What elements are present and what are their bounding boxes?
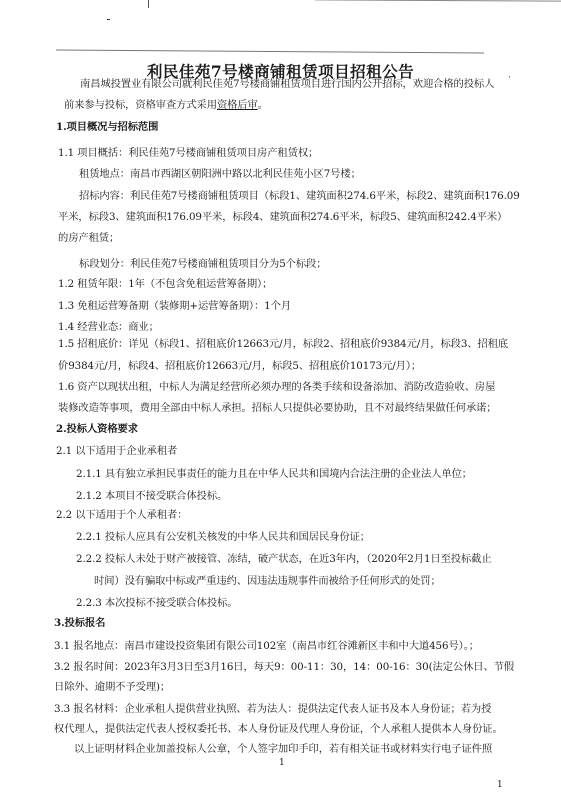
item-2-2-2-line-1: 2.2.2 投标人未处于财产被接管、冻结，破产状态，在近3年内，（2020年2月… [76,553,492,566]
tender-content-line-2: 平米，标段3、建筑面积176.09平米，标段4、建筑面积274.6平米，标段5、… [58,211,507,224]
intro-period: 。 [258,99,268,111]
item-3-1: 3.1 报名地点：南昌市建设投资集团有限公司102室（南昌市红谷滩新区丰和中大道… [54,640,479,653]
section-3-heading: 3.投标报名 [54,617,105,630]
item-2-1: 2.1 以下适用于企业承租者 [56,445,177,458]
item-1-6-line-2: 装修改造等事项，费用全部由中标人承担。招标人只提供必要协助，且不对最终结果做任何… [58,402,496,415]
lot-division: 标段划分：利民佳苑7号楼商铺租赁项目分为5个标段； [79,258,326,271]
scan-mark [148,0,149,8]
section-2-heading: 2.投标人资格要求 [56,423,138,436]
item-1-6-line-1: 1.6 资产以现状出租，中标人为满足经营所必须办理的各类手续和设备添加、消防改造… [58,381,495,394]
lease-location: 租赁地点：南昌市西湖区朝阳洲中路以北利民佳苑小区7号楼； [79,168,361,181]
item-1-5-line-1: 1.5 招租底价：详见（标段1、招租底价12663元/月，标段2、招租底价938… [58,338,508,351]
item-1-5-line-2: 价9384元/月，标段4、招租底价12663元/月，标段5、招租底价10173元… [58,360,421,373]
item-1-2: 1.2 租赁年限：1年（不包含免租运营筹备期）； [58,278,272,291]
qualification-review-term: 资格后审 [217,99,258,111]
header-rule [56,50,484,54]
materials-note: 以上证明材料企业加盖投标人公章，个人签字加印手印，若有相关证书或材料实行电子证件… [74,743,492,756]
item-1-1: 1.1 项目概括：利民佳苑7号楼商铺租赁项目房产租赁权； [58,147,318,160]
item-2-2-2-line-2: 时间）没有骗取中标或严重违约、因违法违规事件而被给予任何形式的处罚； [94,575,441,588]
intro-text: 前来参与投标，资格审查方式采用 [64,99,217,111]
item-1-3: 1.3 免租运营筹备期（装修期+运营筹备期）：1个月 [58,300,291,313]
item-2-2-1: 2.2.1 投标人应具有公安机关核发的中华人民共和国居民身份证； [76,531,370,544]
item-2-1-2: 2.1.2 本项目不接受联合体投标。 [76,490,227,503]
item-3-2-line-2: 日除外、逾期不予受理)； [54,681,170,694]
item-3-3-line-1: 3.3 报名材料：企业承租人提供营业执照、若为法人：提供法定代表人证书及本人身份… [54,703,491,716]
page-number: 1 [279,758,285,768]
item-2-1-1: 2.1.1 具有独立承担民事责任的能力且在中华人民共和国境内合法注册的企业法人单… [76,468,472,481]
item-3-2-line-1: 3.2 报名时间：2023年3月3日至3月16日，每天9：00-11：30，14… [54,661,514,674]
scan-mark: ˈ [508,76,510,86]
intro-line-1: 南昌城投置业有限公司就利民佳苑7号楼商铺租赁项目进行国内公开招标，欢迎合格的投标… [80,78,494,91]
item-2-2: 2.2 以下适用于个人承租者： [56,509,187,522]
scan-mark [107,19,110,20]
section-1-heading: 1.项目概况与招标范围 [56,121,158,134]
item-3-3-line-2: 权代理人，提供法定代表人授权委托书、本人身份证及代理人身份证，个人承租人提供本人… [54,723,503,736]
tender-content-line-1: 招标内容：利民佳苑7号楼商铺租赁项目（标段1、建筑面积274.6平米，标段2、建… [79,190,520,203]
item-1-4: 1.4 经营业态：商业； [58,321,159,334]
intro-line-2: 前来参与投标，资格审查方式采用资格后审。 [64,99,268,112]
scan-edge-line [315,0,561,2]
corner-page-number: 1 [497,780,503,790]
tender-content-line-3: 的房产租赁； [58,232,119,245]
item-2-2-3: 2.2.3 本次投标不接受联合体投标。 [76,597,237,610]
